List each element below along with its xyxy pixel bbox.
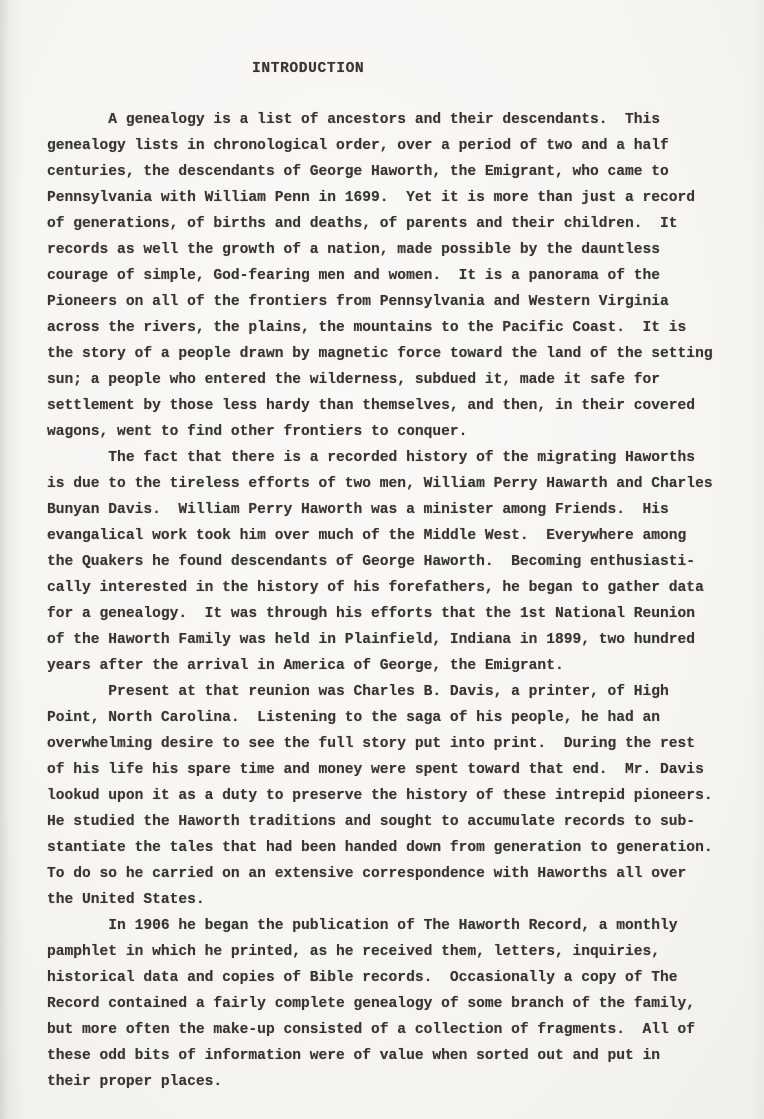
text-line: centuries, the descendants of George Haw… (47, 159, 737, 185)
text-line: He studied the Haworth traditions and so… (47, 809, 737, 835)
text-line: of his life his spare time and money wer… (47, 757, 737, 783)
text-line: A genealogy is a list of ancestors and t… (47, 107, 737, 133)
text-line: Record contained a fairly complete genea… (47, 991, 737, 1017)
text-line: of the Haworth Family was held in Plainf… (47, 627, 737, 653)
body-text: A genealogy is a list of ancestors and t… (47, 107, 737, 1095)
text-line: In 1906 he began the publication of The … (47, 913, 737, 939)
text-line: evangalical work took him over much of t… (47, 523, 737, 549)
text-line: of generations, of births and deaths, of… (47, 211, 737, 237)
text-line: lookud upon it as a duty to preserve the… (47, 783, 737, 809)
text-line: The fact that there is a recorded histor… (47, 445, 737, 471)
text-line: is due to the tireless efforts of two me… (47, 471, 737, 497)
text-line: Point, North Carolina. Listening to the … (47, 705, 737, 731)
text-line: settlement by those less hardy than them… (47, 393, 737, 419)
text-line: Present at that reunion was Charles B. D… (47, 679, 737, 705)
document-page: INTRODUCTION A genealogy is a list of an… (0, 0, 764, 1119)
text-line: pamphlet in which he printed, as he rece… (47, 939, 737, 965)
text-line: for a genealogy. It was through his effo… (47, 601, 737, 627)
text-line: overwhelming desire to see the full stor… (47, 731, 737, 757)
text-line: these odd bits of information were of va… (47, 1043, 737, 1069)
text-line: the United States. (47, 887, 737, 913)
text-line: across the rivers, the plains, the mount… (47, 315, 737, 341)
text-line: Bunyan Davis. William Perry Haworth was … (47, 497, 737, 523)
page-title: INTRODUCTION (252, 59, 364, 79)
text-line: courage of simple, God-fearing men and w… (47, 263, 737, 289)
text-line: the Quakers he found descendants of Geor… (47, 549, 737, 575)
text-line: genealogy lists in chronological order, … (47, 133, 737, 159)
text-line: historical data and copies of Bible reco… (47, 965, 737, 991)
text-line: cally interested in the history of his f… (47, 575, 737, 601)
text-line: but more often the make-up consisted of … (47, 1017, 737, 1043)
text-line: wagons, went to find other frontiers to … (47, 419, 737, 445)
text-line: To do so he carried on an extensive corr… (47, 861, 737, 887)
text-line: sun; a people who entered the wilderness… (47, 367, 737, 393)
text-line: Pioneers on all of the frontiers from Pe… (47, 289, 737, 315)
text-line: Pennsylvania with William Penn in 1699. … (47, 185, 737, 211)
text-line: years after the arrival in America of Ge… (47, 653, 737, 679)
text-line: the story of a people drawn by magnetic … (47, 341, 737, 367)
text-line: records as well the growth of a nation, … (47, 237, 737, 263)
text-line: stantiate the tales that had been handed… (47, 835, 737, 861)
text-line: their proper places. (47, 1069, 737, 1095)
